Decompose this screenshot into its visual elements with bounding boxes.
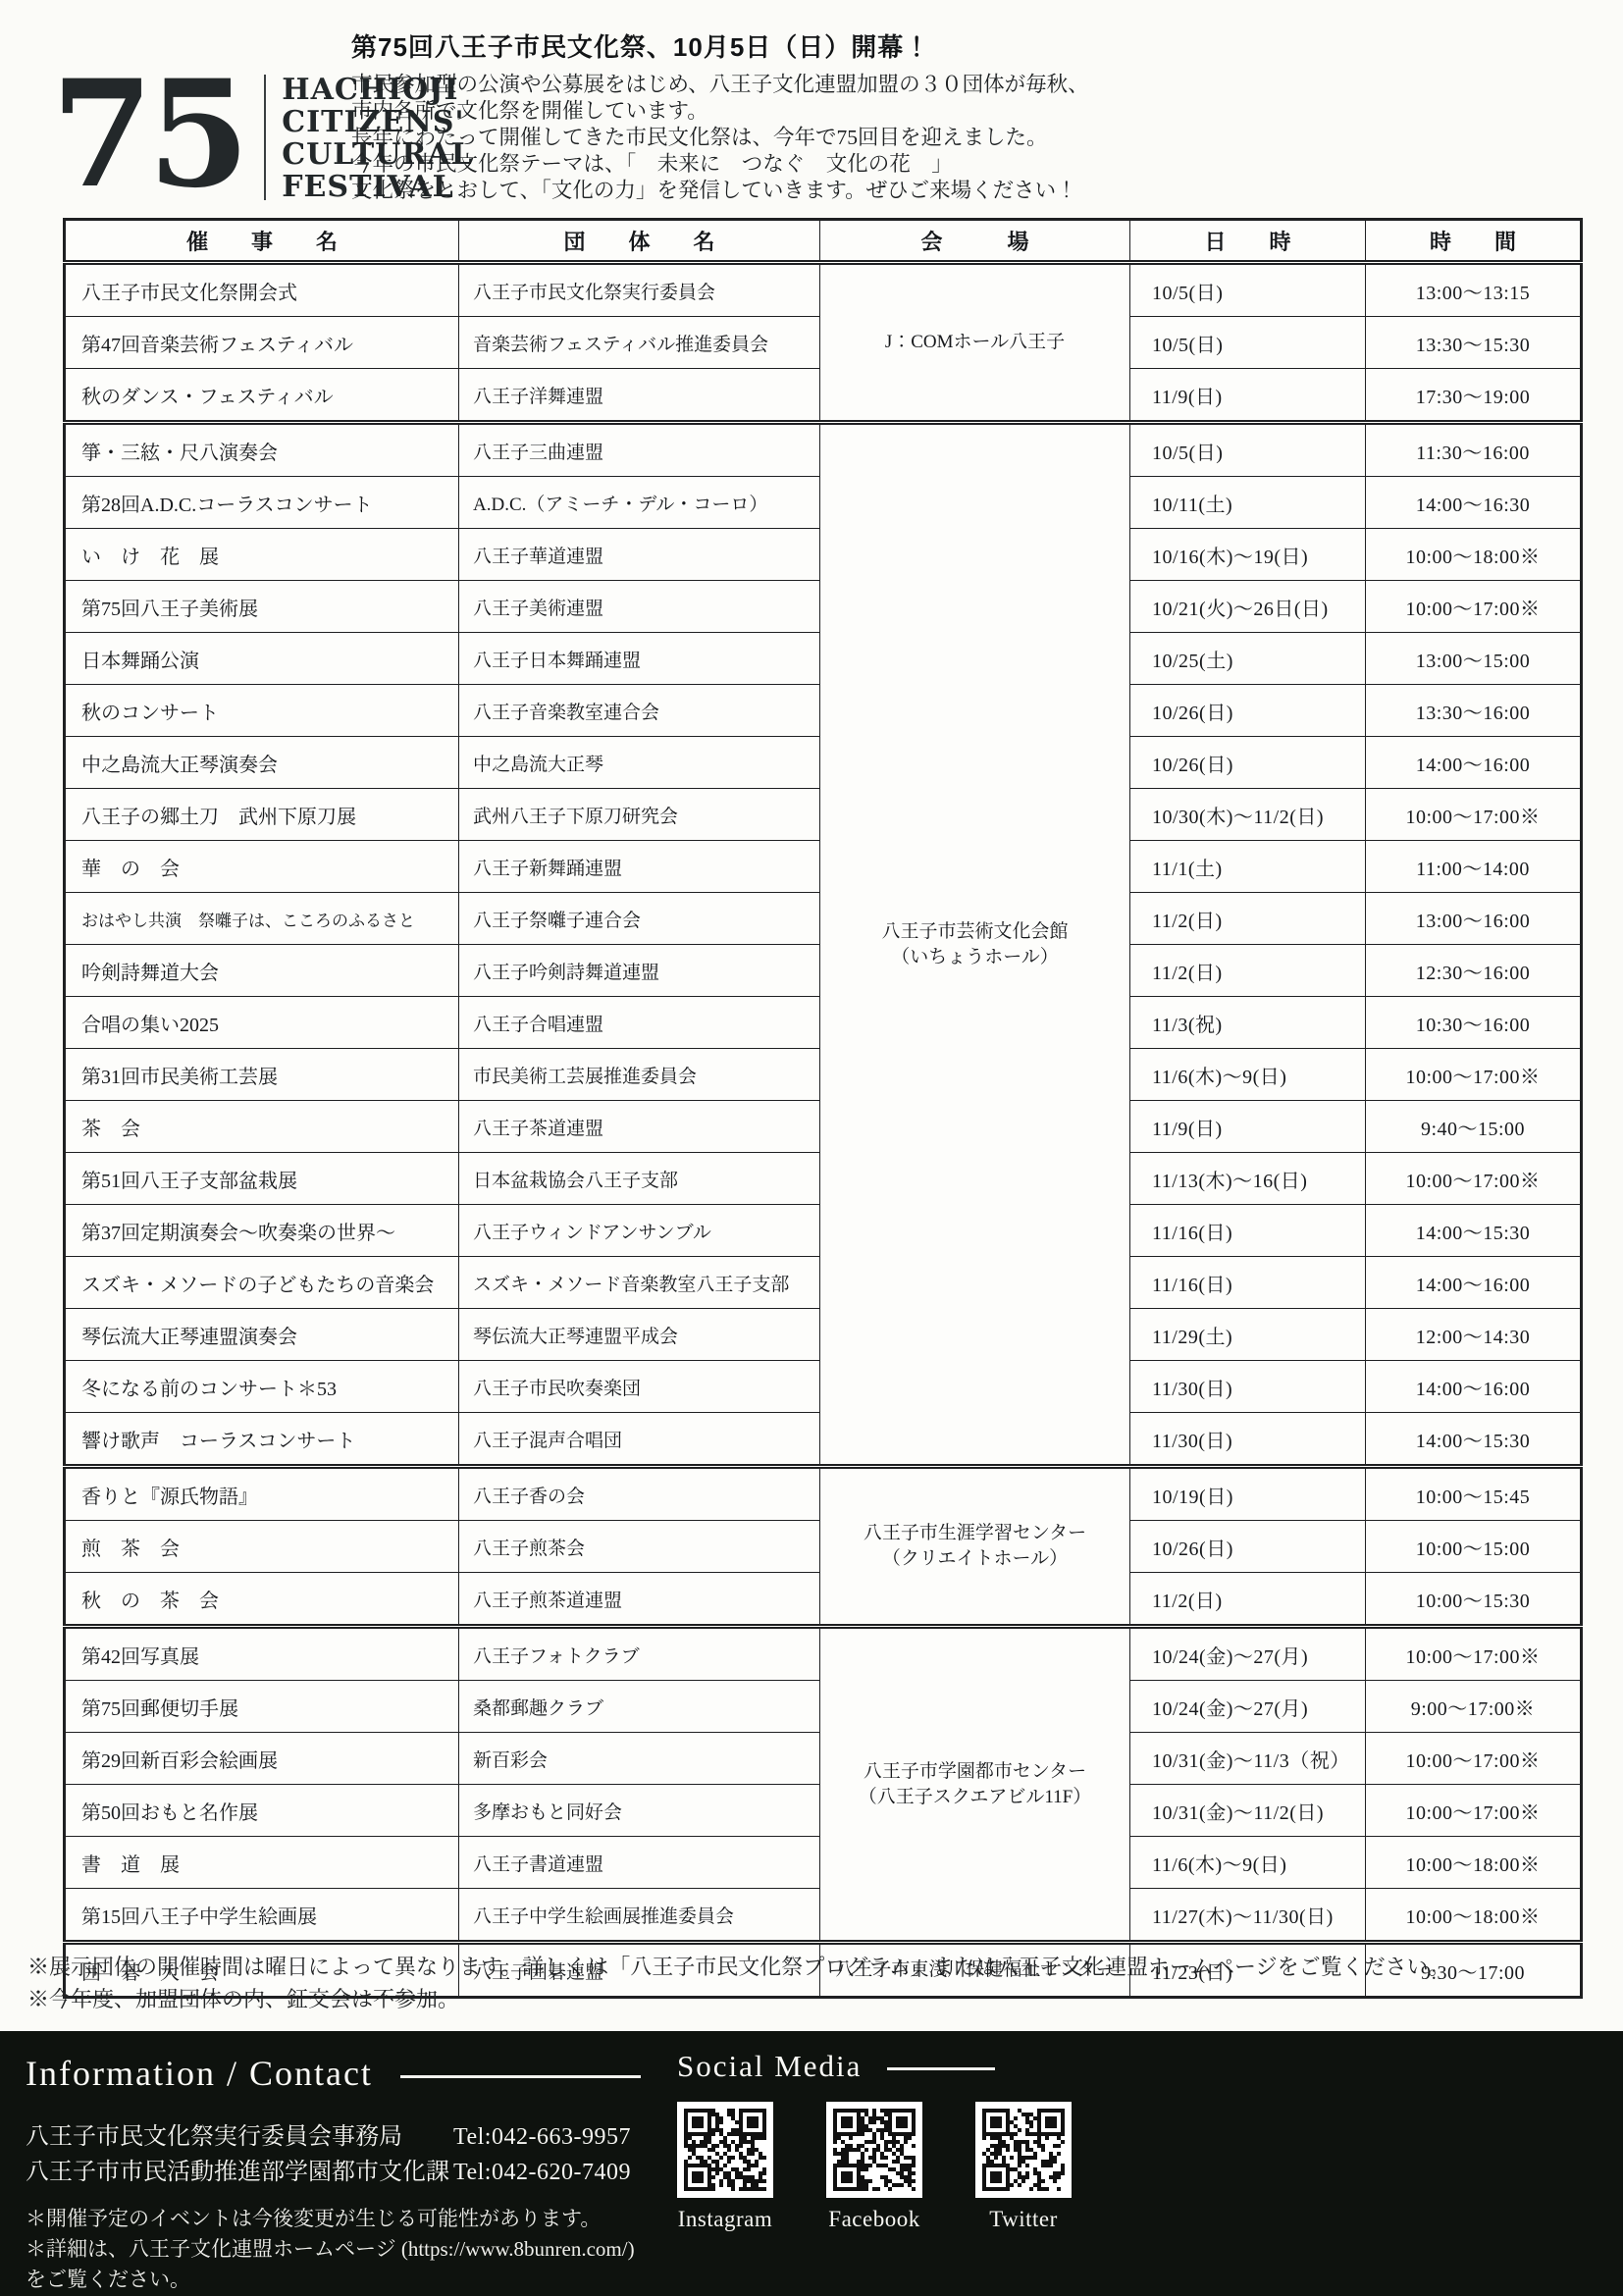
date-cell: 10/31(金)～11/2(日) [1130, 1785, 1366, 1837]
social-item-twitter: Twitter [975, 2102, 1072, 2232]
page-title: 第75回八王子市民文化祭、10月5日（日）開幕！ [351, 27, 1597, 64]
qr-code-instagram-icon [677, 2102, 773, 2198]
column-header-4: 日 時 [1130, 220, 1366, 263]
event-name-cell: 合唱の集い2025 [65, 997, 459, 1049]
date-cell: 10/24(金)～27(月) [1130, 1627, 1366, 1681]
organization-cell: 八王子市民文化祭実行委員会 [459, 263, 820, 317]
event-name-cell: 香りと『源氏物語』 [65, 1467, 459, 1521]
organization-cell: 八王子書道連盟 [459, 1837, 820, 1889]
organization-cell: 八王子美術連盟 [459, 581, 820, 633]
organization-cell: 八王子日本舞踊連盟 [459, 633, 820, 685]
footer-note-1: ＊開催予定のイベントは今後変更が生じる可能性があります。 [26, 2204, 654, 2234]
intro-line-2: 市内各所で文化祭を開催しています。 [351, 98, 1597, 125]
date-cell: 11/16(日) [1130, 1257, 1366, 1309]
header-text: 第75回八王子市民文化祭、10月5日（日）開幕！ 市民参加型の公演や公募展をはじ… [351, 27, 1597, 204]
date-cell: 10/11(土) [1130, 477, 1366, 529]
date-cell: 11/6(木)～9(日) [1130, 1837, 1366, 1889]
footer-note-2: ＊詳細は、八王子文化連盟ホームページ (https://www.8bunren.… [26, 2234, 654, 2295]
date-cell: 10/21(火)～26日(日) [1130, 581, 1366, 633]
venue-cell: 八王子市学園都市センター（八王子スクエアビル11F） [820, 1627, 1130, 1943]
organization-cell: 八王子香の会 [459, 1467, 820, 1521]
time-cell: 10:30～16:00 [1366, 997, 1582, 1049]
time-cell: 12:00～14:30 [1366, 1309, 1582, 1361]
time-cell: 9:00～17:00※ [1366, 1681, 1582, 1733]
event-name-cell: 中之島流大正琴演奏会 [65, 737, 459, 789]
info-heading-rule [400, 2075, 641, 2078]
events-table-header: 催 事 名団 体 名会 場日 時時 間 [65, 220, 1582, 263]
venue-line: （クリエイトホール） [826, 1546, 1124, 1572]
social-heading-rule [887, 2067, 995, 2070]
date-cell: 10/26(日) [1130, 685, 1366, 737]
time-cell: 10:00～17:00※ [1366, 1733, 1582, 1785]
organization-cell: 八王子煎茶会 [459, 1521, 820, 1573]
event-name-cell: 第75回八王子美術展 [65, 581, 459, 633]
organization-cell: 市民美術工芸展推進委員会 [459, 1049, 820, 1101]
intro-line-5: 文化祭をとおして、「文化の力」を発信していきます。ぜひご来場ください！ [351, 178, 1597, 204]
venue-line: J：COMホール八王子 [826, 330, 1124, 355]
social-label: Instagram [678, 2207, 772, 2232]
time-cell: 10:00～15:00 [1366, 1521, 1582, 1573]
events-table-wrapper: 催 事 名団 体 名会 場日 時時 間 八王子市民文化祭開会式八王子市民文化祭実… [63, 218, 1583, 1999]
organization-cell: 中之島流大正琴 [459, 737, 820, 789]
date-cell: 11/2(日) [1130, 1573, 1366, 1627]
event-name-cell: 第47回音楽芸術フェスティバル [65, 317, 459, 369]
event-name-cell: 秋のダンス・フェスティバル [65, 369, 459, 423]
organization-cell: 日本盆栽協会八王子支部 [459, 1153, 820, 1205]
footer-notes: ＊開催予定のイベントは今後変更が生じる可能性があります。＊詳細は、八王子文化連盟… [26, 2204, 654, 2295]
venue-line: （八王子スクエアビル11F） [826, 1785, 1124, 1810]
social-item-facebook: Facebook [826, 2102, 922, 2232]
date-cell: 10/5(日) [1130, 317, 1366, 369]
time-cell: 13:00～16:00 [1366, 893, 1582, 945]
event-name-cell: 書 道 展 [65, 1837, 459, 1889]
time-cell: 11:30～16:00 [1366, 423, 1582, 477]
social-label: Facebook [828, 2207, 919, 2232]
event-name-cell: 第51回八王子支部盆栽展 [65, 1153, 459, 1205]
time-cell: 10:00～17:00※ [1366, 581, 1582, 633]
time-cell: 10:00～18:00※ [1366, 1837, 1582, 1889]
date-cell: 10/19(日) [1130, 1467, 1366, 1521]
page-note-2: ※今年度、加盟団体の内、鉦交会は不参加。 [27, 1983, 1597, 2015]
time-cell: 10:00～17:00※ [1366, 789, 1582, 841]
time-cell: 14:00～15:30 [1366, 1205, 1582, 1257]
contact-name: 八王子市民文化祭実行委員会事務局 [26, 2119, 453, 2155]
organization-cell: 武州八王子下原刀研究会 [459, 789, 820, 841]
organization-cell: 八王子市民吹奏楽団 [459, 1361, 820, 1413]
event-name-cell: 響け歌声 コーラスコンサート [65, 1413, 459, 1467]
organization-cell: 八王子華道連盟 [459, 529, 820, 581]
table-row: 第42回写真展八王子フォトクラブ八王子市学園都市センター（八王子スクエアビル11… [65, 1627, 1582, 1681]
organization-cell: 八王子混声合唱団 [459, 1413, 820, 1467]
date-cell: 11/2(日) [1130, 893, 1366, 945]
date-cell: 11/3(祝) [1130, 997, 1366, 1049]
event-name-cell: 第75回郵便切手展 [65, 1681, 459, 1733]
event-name-cell: 第28回A.D.C.コーラスコンサート [65, 477, 459, 529]
event-name-cell: 琴伝流大正琴連盟演奏会 [65, 1309, 459, 1361]
contact-line-2: 八王子市市民活動推進部学園都市文化課Tel:042-620-7409 [26, 2155, 654, 2190]
organization-cell: 音楽芸術フェスティバル推進委員会 [459, 317, 820, 369]
date-cell: 10/31(金)～11/3（祝） [1130, 1733, 1366, 1785]
event-name-cell: 秋のコンサート [65, 685, 459, 737]
social-label: Twitter [989, 2207, 1058, 2232]
page-note-1: ※展示団体の開催時間は曜日によって異なります。詳しくは「八王子市民文化祭プログラ… [27, 1951, 1597, 1983]
date-cell: 10/26(日) [1130, 737, 1366, 789]
table-row: 八王子市民文化祭開会式八王子市民文化祭実行委員会J：COMホール八王子10/5(… [65, 263, 1582, 317]
date-cell: 11/30(日) [1130, 1413, 1366, 1467]
event-name-cell: 第15回八王子中学生絵画展 [65, 1889, 459, 1943]
organization-cell: 八王子合唱連盟 [459, 997, 820, 1049]
organization-cell: 八王子ウィンドアンサンブル [459, 1205, 820, 1257]
date-cell: 11/29(土) [1130, 1309, 1366, 1361]
time-cell: 10:00～18:00※ [1366, 529, 1582, 581]
time-cell: 10:00～17:00※ [1366, 1049, 1582, 1101]
event-name-cell: 茶 会 [65, 1101, 459, 1153]
venue-line: 八王子市学園都市センター [826, 1759, 1124, 1785]
qr-code-twitter-icon [975, 2102, 1072, 2198]
event-name-cell: 秋 の 茶 会 [65, 1573, 459, 1627]
table-row: 箏・三絃・尺八演奏会八王子三曲連盟八王子市芸術文化会館（いちょうホール）10/5… [65, 423, 1582, 477]
event-name-cell: 華 の 会 [65, 841, 459, 893]
contact-name: 八王子市市民活動推進部学園都市文化課 [26, 2155, 453, 2190]
time-cell: 14:00～16:30 [1366, 477, 1582, 529]
time-cell: 9:40～15:00 [1366, 1101, 1582, 1153]
organization-cell: 桑都郵趣クラブ [459, 1681, 820, 1733]
event-name-cell: 吟剣詩舞道大会 [65, 945, 459, 997]
date-cell: 10/25(土) [1130, 633, 1366, 685]
date-cell: 10/26(日) [1130, 1521, 1366, 1573]
logo-number-75: 75 [51, 61, 244, 208]
qr-row: InstagramFacebookTwitter [677, 2102, 1099, 2232]
organization-cell: 多摩おもと同好会 [459, 1785, 820, 1837]
date-cell: 10/30(木)～11/2(日) [1130, 789, 1366, 841]
date-cell: 11/27(木)～11/30(日) [1130, 1889, 1366, 1943]
organization-cell: A.D.C.（アミーチ・デル・コーロ） [459, 477, 820, 529]
event-name-cell: スズキ・メソードの子どもたちの音楽会 [65, 1257, 459, 1309]
event-name-cell: 冬になる前のコンサート＊53 [65, 1361, 459, 1413]
info-contact-heading: Information / Contact [26, 2053, 373, 2094]
contact-tel: Tel:042-663-9957 [453, 2119, 631, 2155]
organization-cell: 八王子吟剣詩舞道連盟 [459, 945, 820, 997]
organization-cell: 琴伝流大正琴連盟平成会 [459, 1309, 820, 1361]
time-cell: 13:30～16:00 [1366, 685, 1582, 737]
time-cell: 13:00～13:15 [1366, 263, 1582, 317]
column-header-5: 時 間 [1366, 220, 1582, 263]
venue-line: 八王子市生涯学習センター [826, 1521, 1124, 1546]
time-cell: 14:00～16:00 [1366, 1257, 1582, 1309]
intro-lines: 市民参加型の公演や公募展をはじめ、八王子文化連盟加盟の３０団体が毎秋、市内各所で… [351, 72, 1597, 204]
event-name-cell: 第29回新百彩会絵画展 [65, 1733, 459, 1785]
venue-cell: 八王子市芸術文化会館（いちょうホール） [820, 423, 1130, 1467]
organization-cell: 八王子祭囃子連合会 [459, 893, 820, 945]
organization-cell: 八王子煎茶道連盟 [459, 1573, 820, 1627]
date-cell: 11/6(木)～9(日) [1130, 1049, 1366, 1101]
contact-line-1: 八王子市民文化祭実行委員会事務局Tel:042-663-9957 [26, 2119, 654, 2155]
logo-divider [264, 75, 267, 200]
date-cell: 10/5(日) [1130, 423, 1366, 477]
contact-tel: Tel:042-620-7409 [453, 2155, 631, 2190]
column-header-1: 催 事 名 [65, 220, 459, 263]
time-cell: 13:30～15:30 [1366, 317, 1582, 369]
column-header-2: 団 体 名 [459, 220, 820, 263]
event-name-cell: 日本舞踊公演 [65, 633, 459, 685]
events-table: 催 事 名団 体 名会 場日 時時 間 八王子市民文化祭開会式八王子市民文化祭実… [63, 218, 1583, 1999]
time-cell: 10:00～18:00※ [1366, 1889, 1582, 1943]
organization-cell: 八王子洋舞連盟 [459, 369, 820, 423]
venue-cell: 八王子市生涯学習センター（クリエイトホール） [820, 1467, 1130, 1627]
date-cell: 11/1(土) [1130, 841, 1366, 893]
intro-line-1: 市民参加型の公演や公募展をはじめ、八王子文化連盟加盟の３０団体が毎秋、 [351, 72, 1597, 98]
date-cell: 10/16(木)～19(日) [1130, 529, 1366, 581]
time-cell: 14:00～15:30 [1366, 1413, 1582, 1467]
time-cell: 10:00～17:00※ [1366, 1627, 1582, 1681]
social-item-instagram: Instagram [677, 2102, 773, 2232]
flyer-page: 75 Hachioji Citizens' Cultural Festival … [0, 0, 1623, 2296]
date-cell: 11/13(木)～16(日) [1130, 1153, 1366, 1205]
time-cell: 10:00～15:45 [1366, 1467, 1582, 1521]
event-name-cell: 第37回定期演奏会～吹奏楽の世界～ [65, 1205, 459, 1257]
intro-line-3: 長年にわたって開催してきた市民文化祭は、今年で75回目を迎えました。 [351, 125, 1597, 151]
date-cell: 10/5(日) [1130, 263, 1366, 317]
organization-cell: 八王子中学生絵画展推進委員会 [459, 1889, 820, 1943]
social-media-heading: Social Media [677, 2049, 862, 2084]
contact-lines: 八王子市民文化祭実行委員会事務局Tel:042-663-9957八王子市市民活動… [26, 2119, 654, 2190]
footer: Information / Contact 八王子市民文化祭実行委員会事務局Te… [0, 2031, 1623, 2296]
organization-cell: 八王子三曲連盟 [459, 423, 820, 477]
organization-cell: 新百彩会 [459, 1733, 820, 1785]
date-cell: 11/16(日) [1130, 1205, 1366, 1257]
organization-cell: 八王子音楽教室連合会 [459, 685, 820, 737]
page-notes: ※展示団体の開催時間は曜日によって異なります。詳しくは「八王子市民文化祭プログラ… [27, 1951, 1597, 2015]
date-cell: 11/2(日) [1130, 945, 1366, 997]
table-row: 香りと『源氏物語』八王子香の会八王子市生涯学習センター（クリエイトホール）10/… [65, 1467, 1582, 1521]
events-table-body: 八王子市民文化祭開会式八王子市民文化祭実行委員会J：COMホール八王子10/5(… [65, 263, 1582, 1998]
time-cell: 14:00～16:00 [1366, 1361, 1582, 1413]
time-cell: 10:00～17:00※ [1366, 1785, 1582, 1837]
event-name-cell: 第42回写真展 [65, 1627, 459, 1681]
date-cell: 11/9(日) [1130, 1101, 1366, 1153]
event-name-cell: 八王子市民文化祭開会式 [65, 263, 459, 317]
event-name-cell: 煎 茶 会 [65, 1521, 459, 1573]
info-contact-block: Information / Contact 八王子市民文化祭実行委員会事務局Te… [26, 2053, 654, 2295]
event-name-cell: 第50回おもと名作展 [65, 1785, 459, 1837]
time-cell: 11:00～14:00 [1366, 841, 1582, 893]
social-media-block: Social Media InstagramFacebookTwitter [677, 2049, 1099, 2232]
date-cell: 10/24(金)～27(月) [1130, 1681, 1366, 1733]
event-name-cell: い け 花 展 [65, 529, 459, 581]
organization-cell: 八王子フォトクラブ [459, 1627, 820, 1681]
time-cell: 10:00～15:30 [1366, 1573, 1582, 1627]
venue-cell: J：COMホール八王子 [820, 263, 1130, 423]
event-name-cell: おはやし共演 祭囃子は、こころのふるさと [65, 893, 459, 945]
time-cell: 13:00～15:00 [1366, 633, 1582, 685]
intro-line-4: 今年の市民文化祭テーマは、「 未来に つなぐ 文化の花 」 [351, 151, 1597, 178]
time-cell: 10:00～17:00※ [1366, 1153, 1582, 1205]
event-name-cell: 第31回市民美術工芸展 [65, 1049, 459, 1101]
event-name-cell: 箏・三絃・尺八演奏会 [65, 423, 459, 477]
column-header-3: 会 場 [820, 220, 1130, 263]
qr-code-facebook-icon [826, 2102, 922, 2198]
date-cell: 11/9(日) [1130, 369, 1366, 423]
date-cell: 11/30(日) [1130, 1361, 1366, 1413]
time-cell: 12:30～16:00 [1366, 945, 1582, 997]
organization-cell: スズキ・メソード音楽教室八王子支部 [459, 1257, 820, 1309]
time-cell: 14:00～16:00 [1366, 737, 1582, 789]
organization-cell: 八王子新舞踊連盟 [459, 841, 820, 893]
time-cell: 17:30～19:00 [1366, 369, 1582, 423]
venue-line: 八王子市芸術文化会館 [826, 919, 1124, 945]
event-name-cell: 八王子の郷土刀 武州下原刀展 [65, 789, 459, 841]
venue-line: （いちょうホール） [826, 945, 1124, 970]
organization-cell: 八王子茶道連盟 [459, 1101, 820, 1153]
